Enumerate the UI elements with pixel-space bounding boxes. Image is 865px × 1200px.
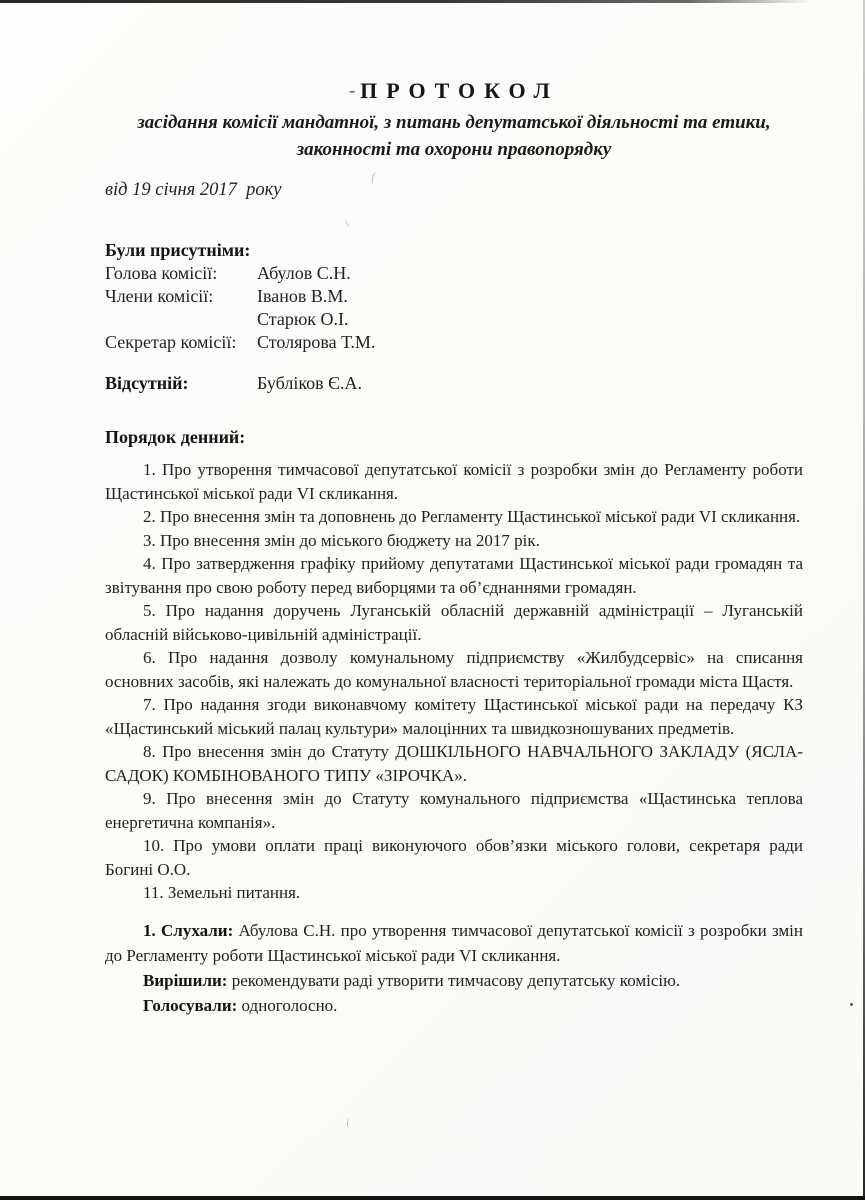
agenda-item-3: 3. Про внесення змін до міського бюджету… bbox=[105, 529, 803, 553]
agenda-item-6: 6. Про надання дозволу комунальному підп… bbox=[105, 646, 803, 693]
attendance-table: Голова комісії: Абулов С.Н. Члени комісі… bbox=[105, 262, 803, 354]
agenda-item-1: 1. Про утворення тимчасової депутатської… bbox=[105, 458, 803, 505]
agenda-item-11: 11. Земельні питання. bbox=[105, 881, 803, 905]
document-date: від 19 січня 2017 року bbox=[105, 178, 803, 202]
agenda-item-5: 5. Про надання доручень Луганській облас… bbox=[105, 599, 803, 646]
voted-label: Голосували: bbox=[143, 996, 237, 1015]
document-subtitle-line1: засідання комісії мандатної, з питань де… bbox=[105, 109, 803, 136]
attendee-role: Голова комісії: bbox=[105, 262, 257, 285]
scanned-protocol-page: -ПРОТОКОЛ засідання комісії мандатної, з… bbox=[0, 0, 865, 1200]
document-content: -ПРОТОКОЛ засідання комісії мандатної, з… bbox=[105, 0, 803, 1018]
agenda-list: 1. Про утворення тимчасової депутатської… bbox=[105, 458, 803, 905]
agenda-item-7: 7. Про надання згоди виконавчому комітет… bbox=[105, 693, 803, 740]
attendee-row: Голова комісії: Абулов С.Н. bbox=[105, 262, 803, 285]
agenda-item-4: 4. Про затвердження графіку прийому депу… bbox=[105, 552, 803, 599]
scan-speck bbox=[347, 1118, 352, 1128]
document-title: ПРОТОКОЛ bbox=[360, 78, 559, 103]
absent-name: Бубліков Є.А. bbox=[257, 372, 803, 395]
attendee-role: Члени комісії: bbox=[105, 285, 257, 308]
attendee-name: Столярова Т.М. bbox=[257, 331, 803, 354]
agenda-item-8: 8. Про внесення змін до Статуту ДОШКІЛЬН… bbox=[105, 740, 803, 787]
voted-text: одноголосно. bbox=[242, 996, 338, 1015]
decided-label: Вирішили: bbox=[143, 971, 227, 990]
agenda-item-9: 9. Про внесення змін до Статуту комуналь… bbox=[105, 787, 803, 834]
document-subtitle: засідання комісії мандатної, з питань де… bbox=[105, 109, 803, 163]
document-subtitle-line2: законності та охорони правопорядку bbox=[105, 136, 803, 163]
attendee-role bbox=[105, 308, 257, 331]
voted-paragraph: Голосували: одноголосно. bbox=[105, 993, 803, 1018]
absent-row: Відсутній: Бубліков Є.А. bbox=[105, 372, 803, 395]
absent-label: Відсутній: bbox=[105, 372, 257, 395]
minutes-section: 1. Слухали: Абулова С.Н. про утворення т… bbox=[105, 918, 803, 1018]
heard-label: Слухали: bbox=[161, 921, 233, 940]
scan-artifact-bottom-edge bbox=[0, 1196, 865, 1200]
attendee-name: Старюк О.І. bbox=[257, 308, 803, 331]
attendee-row: Члени комісії: Іванов В.М. bbox=[105, 285, 803, 308]
decided-text: рекомендувати раді утворити тимчасову де… bbox=[232, 971, 680, 990]
attendee-role: Секретар комісії: bbox=[105, 331, 257, 354]
agenda-item-2: 2. Про внесення змін та доповнень до Рег… bbox=[105, 505, 803, 529]
heard-paragraph: 1. Слухали: Абулова С.Н. про утворення т… bbox=[105, 918, 803, 968]
decided-paragraph: Вирішили: рекомендувати раді утворити ти… bbox=[105, 968, 803, 993]
attendee-name: Іванов В.М. bbox=[257, 285, 803, 308]
attendee-name: Абулов С.Н. bbox=[257, 262, 803, 285]
attendee-row: Старюк О.І. bbox=[105, 308, 803, 331]
heard-item-number: 1. bbox=[143, 921, 156, 940]
agenda-item-10: 10. Про умови оплати праці виконуючого о… bbox=[105, 834, 803, 881]
present-heading: Були присутніми: bbox=[105, 238, 803, 262]
agenda-heading: Порядок денний: bbox=[105, 425, 803, 449]
scan-dash-artifact: - bbox=[349, 80, 355, 100]
document-title-row: -ПРОТОКОЛ bbox=[105, 78, 803, 104]
attendee-row: Секретар комісії: Столярова Т.М. bbox=[105, 331, 803, 354]
scan-speck bbox=[850, 1003, 854, 1007]
